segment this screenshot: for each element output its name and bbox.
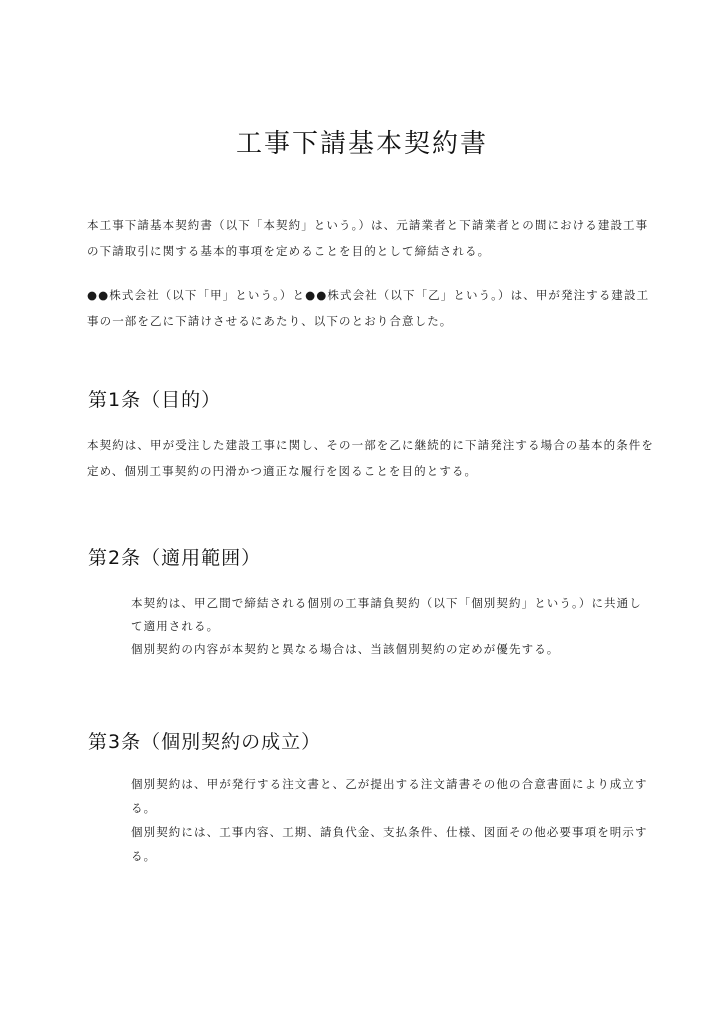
document-page: 工事下請基本契約書 本工事下請基本契約書（以下「本契約」という。）は、元請業者と…	[0, 0, 724, 1024]
text-line: ●●株式会社（以下「甲」という。）と●●株式会社（以下「乙」という。）は、甲が発…	[87, 282, 639, 308]
text-line: 定め、個別工事契約の円滑かつ適正な履行を図ることを目的とする。	[87, 458, 639, 484]
text-line: る。	[131, 844, 641, 868]
article-1-heading: 第1条（目的）	[88, 385, 221, 415]
article-2-heading: 第2条（適用範囲）	[88, 543, 261, 573]
text-line: 個別契約は、甲が発行する注文書と、乙が提出する注文請書その他の合意書面により成立…	[131, 772, 641, 796]
text-line: の下請取引に関する基本的事項を定めることを目的として締結される。	[87, 238, 639, 264]
article-2-body: 本契約は、甲乙間で締結される個別の工事請負契約（以下「個別契約」という。）に共通…	[131, 592, 641, 661]
text-line: る。	[131, 796, 641, 820]
text-line: 本工事下請基本契約書（以下「本契約」という。）は、元請業者と下請業者との間におけ…	[87, 212, 639, 238]
text-line: 事の一部を乙に下請けさせるにあたり、以下のとおり合意した。	[87, 308, 639, 334]
document-title: 工事下請基本契約書	[0, 124, 724, 164]
text-line: 個別契約には、工事内容、工期、請負代金、支払条件、仕様、図面その他必要事項を明示…	[131, 820, 641, 844]
preamble-paragraph-2: ●●株式会社（以下「甲」という。）と●●株式会社（以下「乙」という。）は、甲が発…	[87, 282, 639, 334]
preamble-paragraph-1: 本工事下請基本契約書（以下「本契約」という。）は、元請業者と下請業者との間におけ…	[87, 212, 639, 264]
text-line: て適用される。	[131, 615, 641, 638]
text-line: 個別契約の内容が本契約と異なる場合は、当該個別契約の定めが優先する。	[131, 638, 641, 661]
article-3-body: 個別契約は、甲が発行する注文書と、乙が提出する注文請書その他の合意書面により成立…	[131, 772, 641, 868]
text-line: 本契約は、甲が受注した建設工事に関し、その一部を乙に継続的に下請発注する場合の基…	[87, 432, 639, 458]
article-3-heading: 第3条（個別契約の成立）	[88, 727, 321, 757]
text-line: 本契約は、甲乙間で締結される個別の工事請負契約（以下「個別契約」という。）に共通…	[131, 592, 641, 615]
article-1-body: 本契約は、甲が受注した建設工事に関し、その一部を乙に継続的に下請発注する場合の基…	[87, 432, 639, 484]
